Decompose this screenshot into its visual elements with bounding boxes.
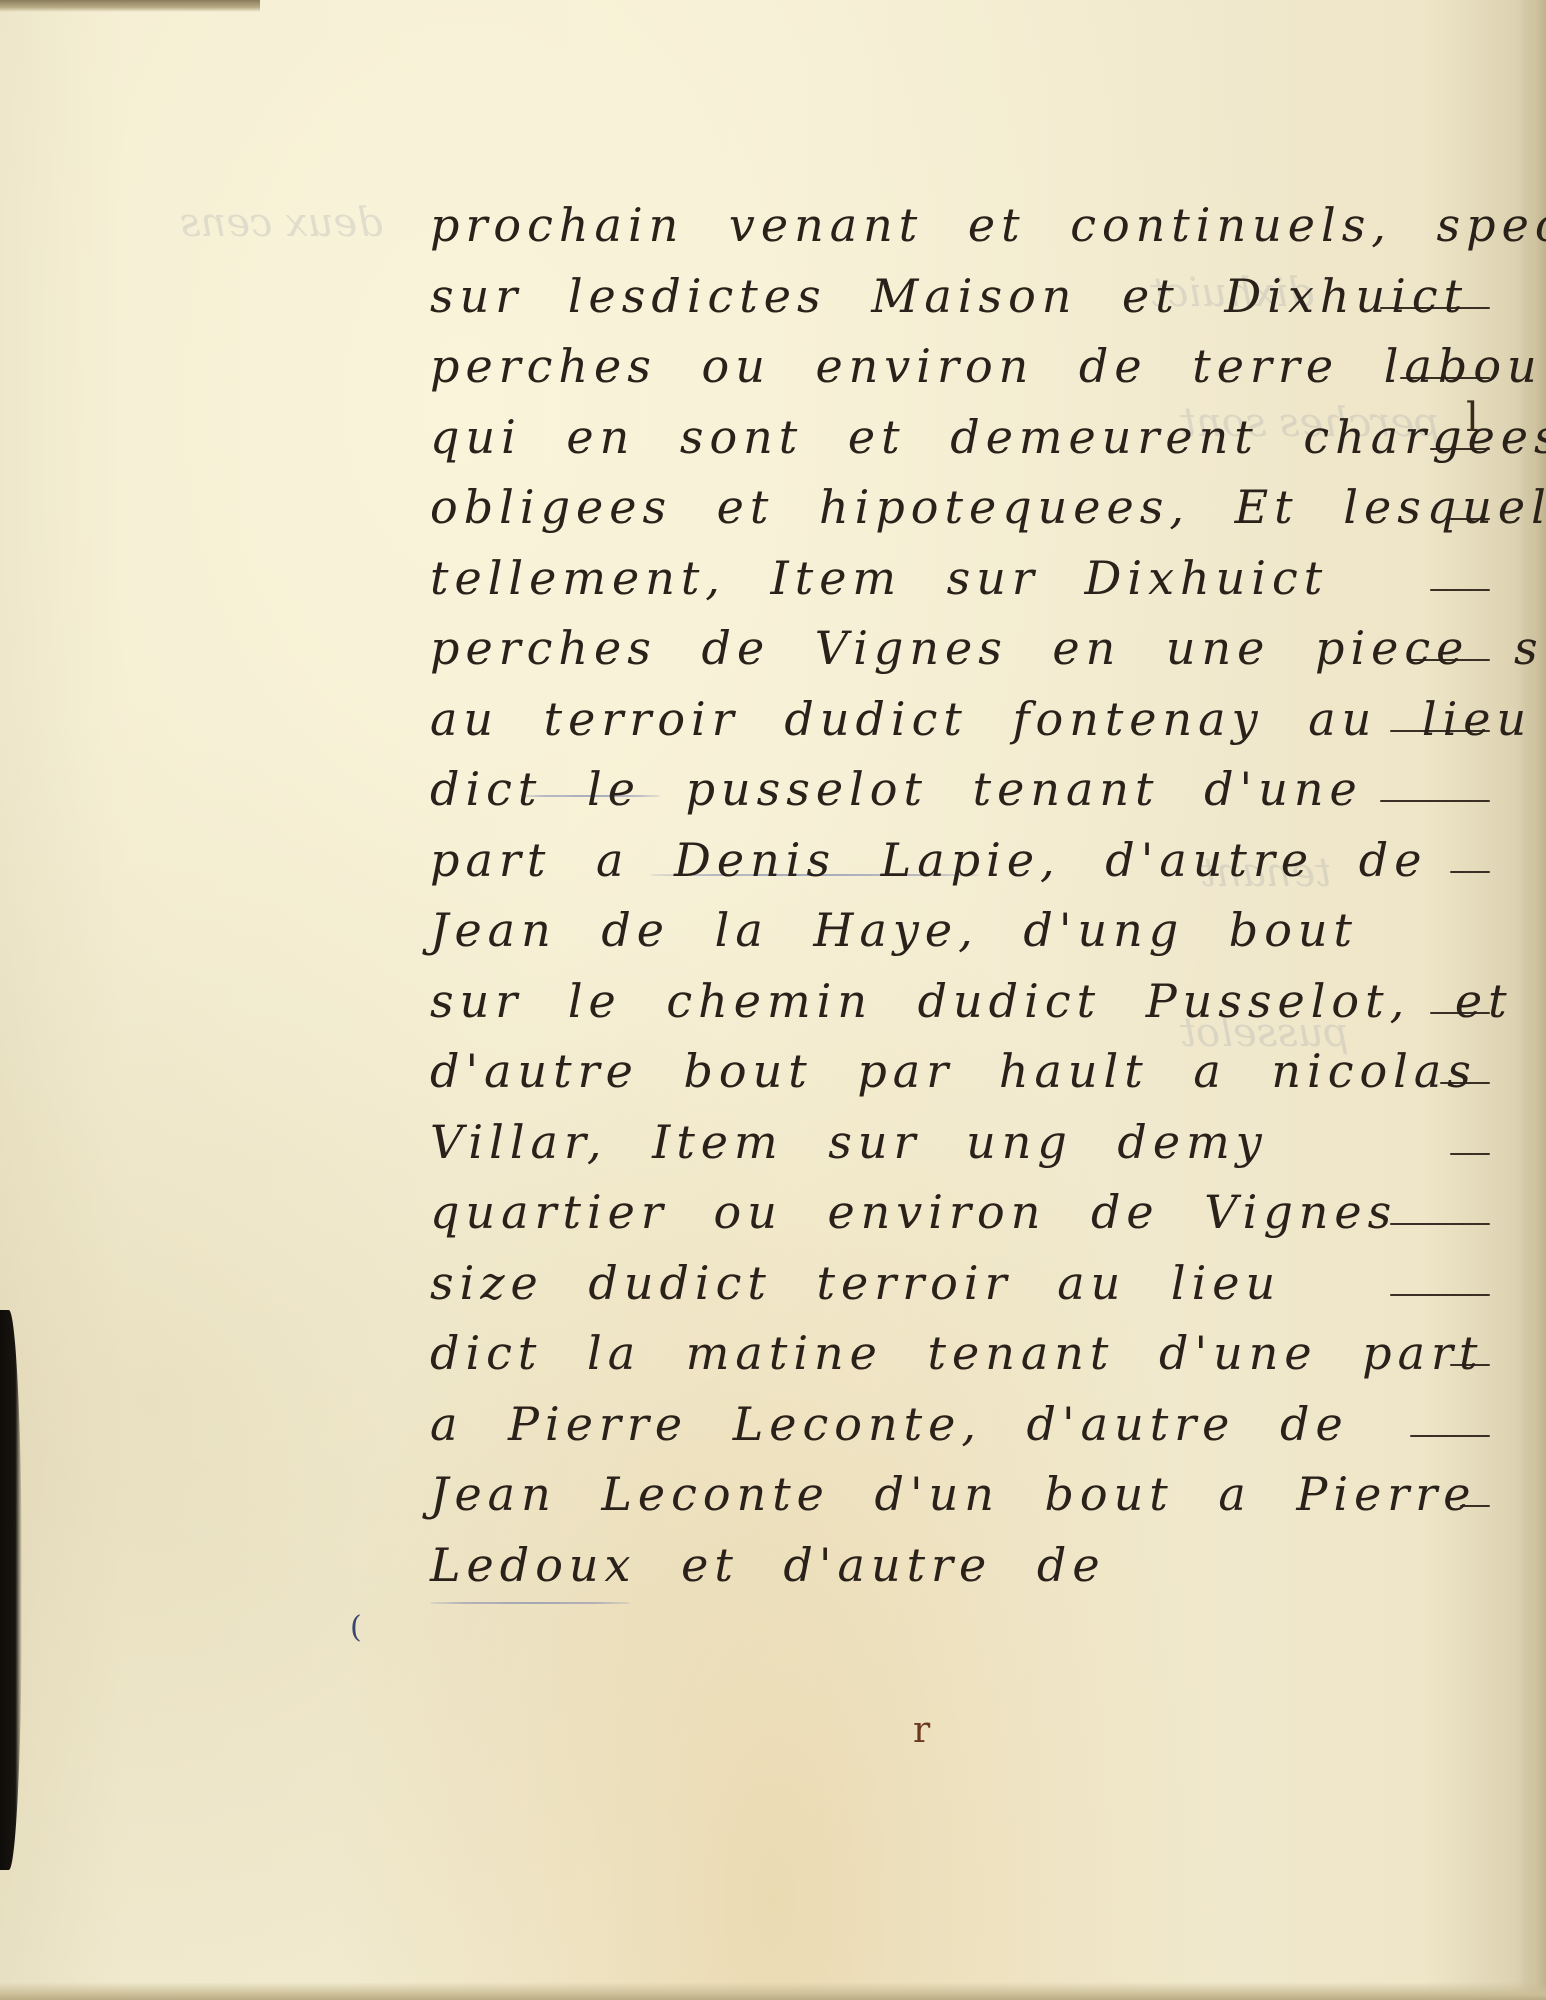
ink-blot-mark: r [913,1710,930,1751]
text-line: perches ou environ de terre labourable [430,331,1490,402]
page-bottom-edge [0,1982,1546,2000]
text-line: a Pierre Leconte, d'autre de [430,1389,1490,1460]
line-filler-dash [1430,589,1490,591]
text-line: dict la matine tenant d'une part [430,1318,1490,1389]
text-line: au terroir dudict fontenay au lieu [430,684,1490,755]
manuscript-page: deux cens dixhuict perches sont tenant p… [0,0,1546,2000]
text-line: Jean de la Haye, d'ung bout [430,895,1490,966]
pencil-mark: ( [350,1610,362,1645]
page-top-edge [0,0,260,12]
text-line: qui en sont et demeurent chargees [430,402,1490,473]
text-line: sur lesdictes Maison et Dixhuict [430,261,1490,332]
pencil-underline [430,1602,630,1604]
text-line: Jean Leconte d'un bout a Pierre [430,1459,1490,1530]
text-line: perches de Vignes en une piece size [430,613,1490,684]
text-line: dict le pusselot tenant d'une [430,754,1490,825]
line-filler-dash [1390,1294,1490,1296]
manuscript-text: prochain venant et continuels, specialem… [430,190,1490,1600]
text-line: obligees et hipotequees, Et lesquelles [430,472,1490,543]
line-filler-dash [1390,1223,1490,1225]
page-right-edge [1520,0,1546,2000]
line-filler-dash [1450,871,1490,873]
show-through-text: deux cens [180,200,383,246]
text-line: quartier ou environ de Vignes [430,1177,1490,1248]
line-filler-dash [1410,1435,1490,1437]
text-line: sur le chemin dudict Pusselot, et [430,966,1490,1037]
text-line: part a Denis Lapie, d'autre de [430,825,1490,896]
text-line: tellement, Item sur Dixhuict [430,543,1490,614]
line-filler-dash [1450,1153,1490,1155]
binding-shadow [0,1310,22,1870]
text-line: Villar, Item sur ung demy [430,1107,1490,1178]
line-filler-dash [1380,800,1490,802]
text-line: size dudict terroir au lieu [430,1248,1490,1319]
text-line: d'autre bout par hault a nicolas [430,1036,1490,1107]
text-line: prochain venant et continuels, specialem… [430,190,1490,261]
text-line: Ledoux et d'autre de [430,1530,1490,1601]
